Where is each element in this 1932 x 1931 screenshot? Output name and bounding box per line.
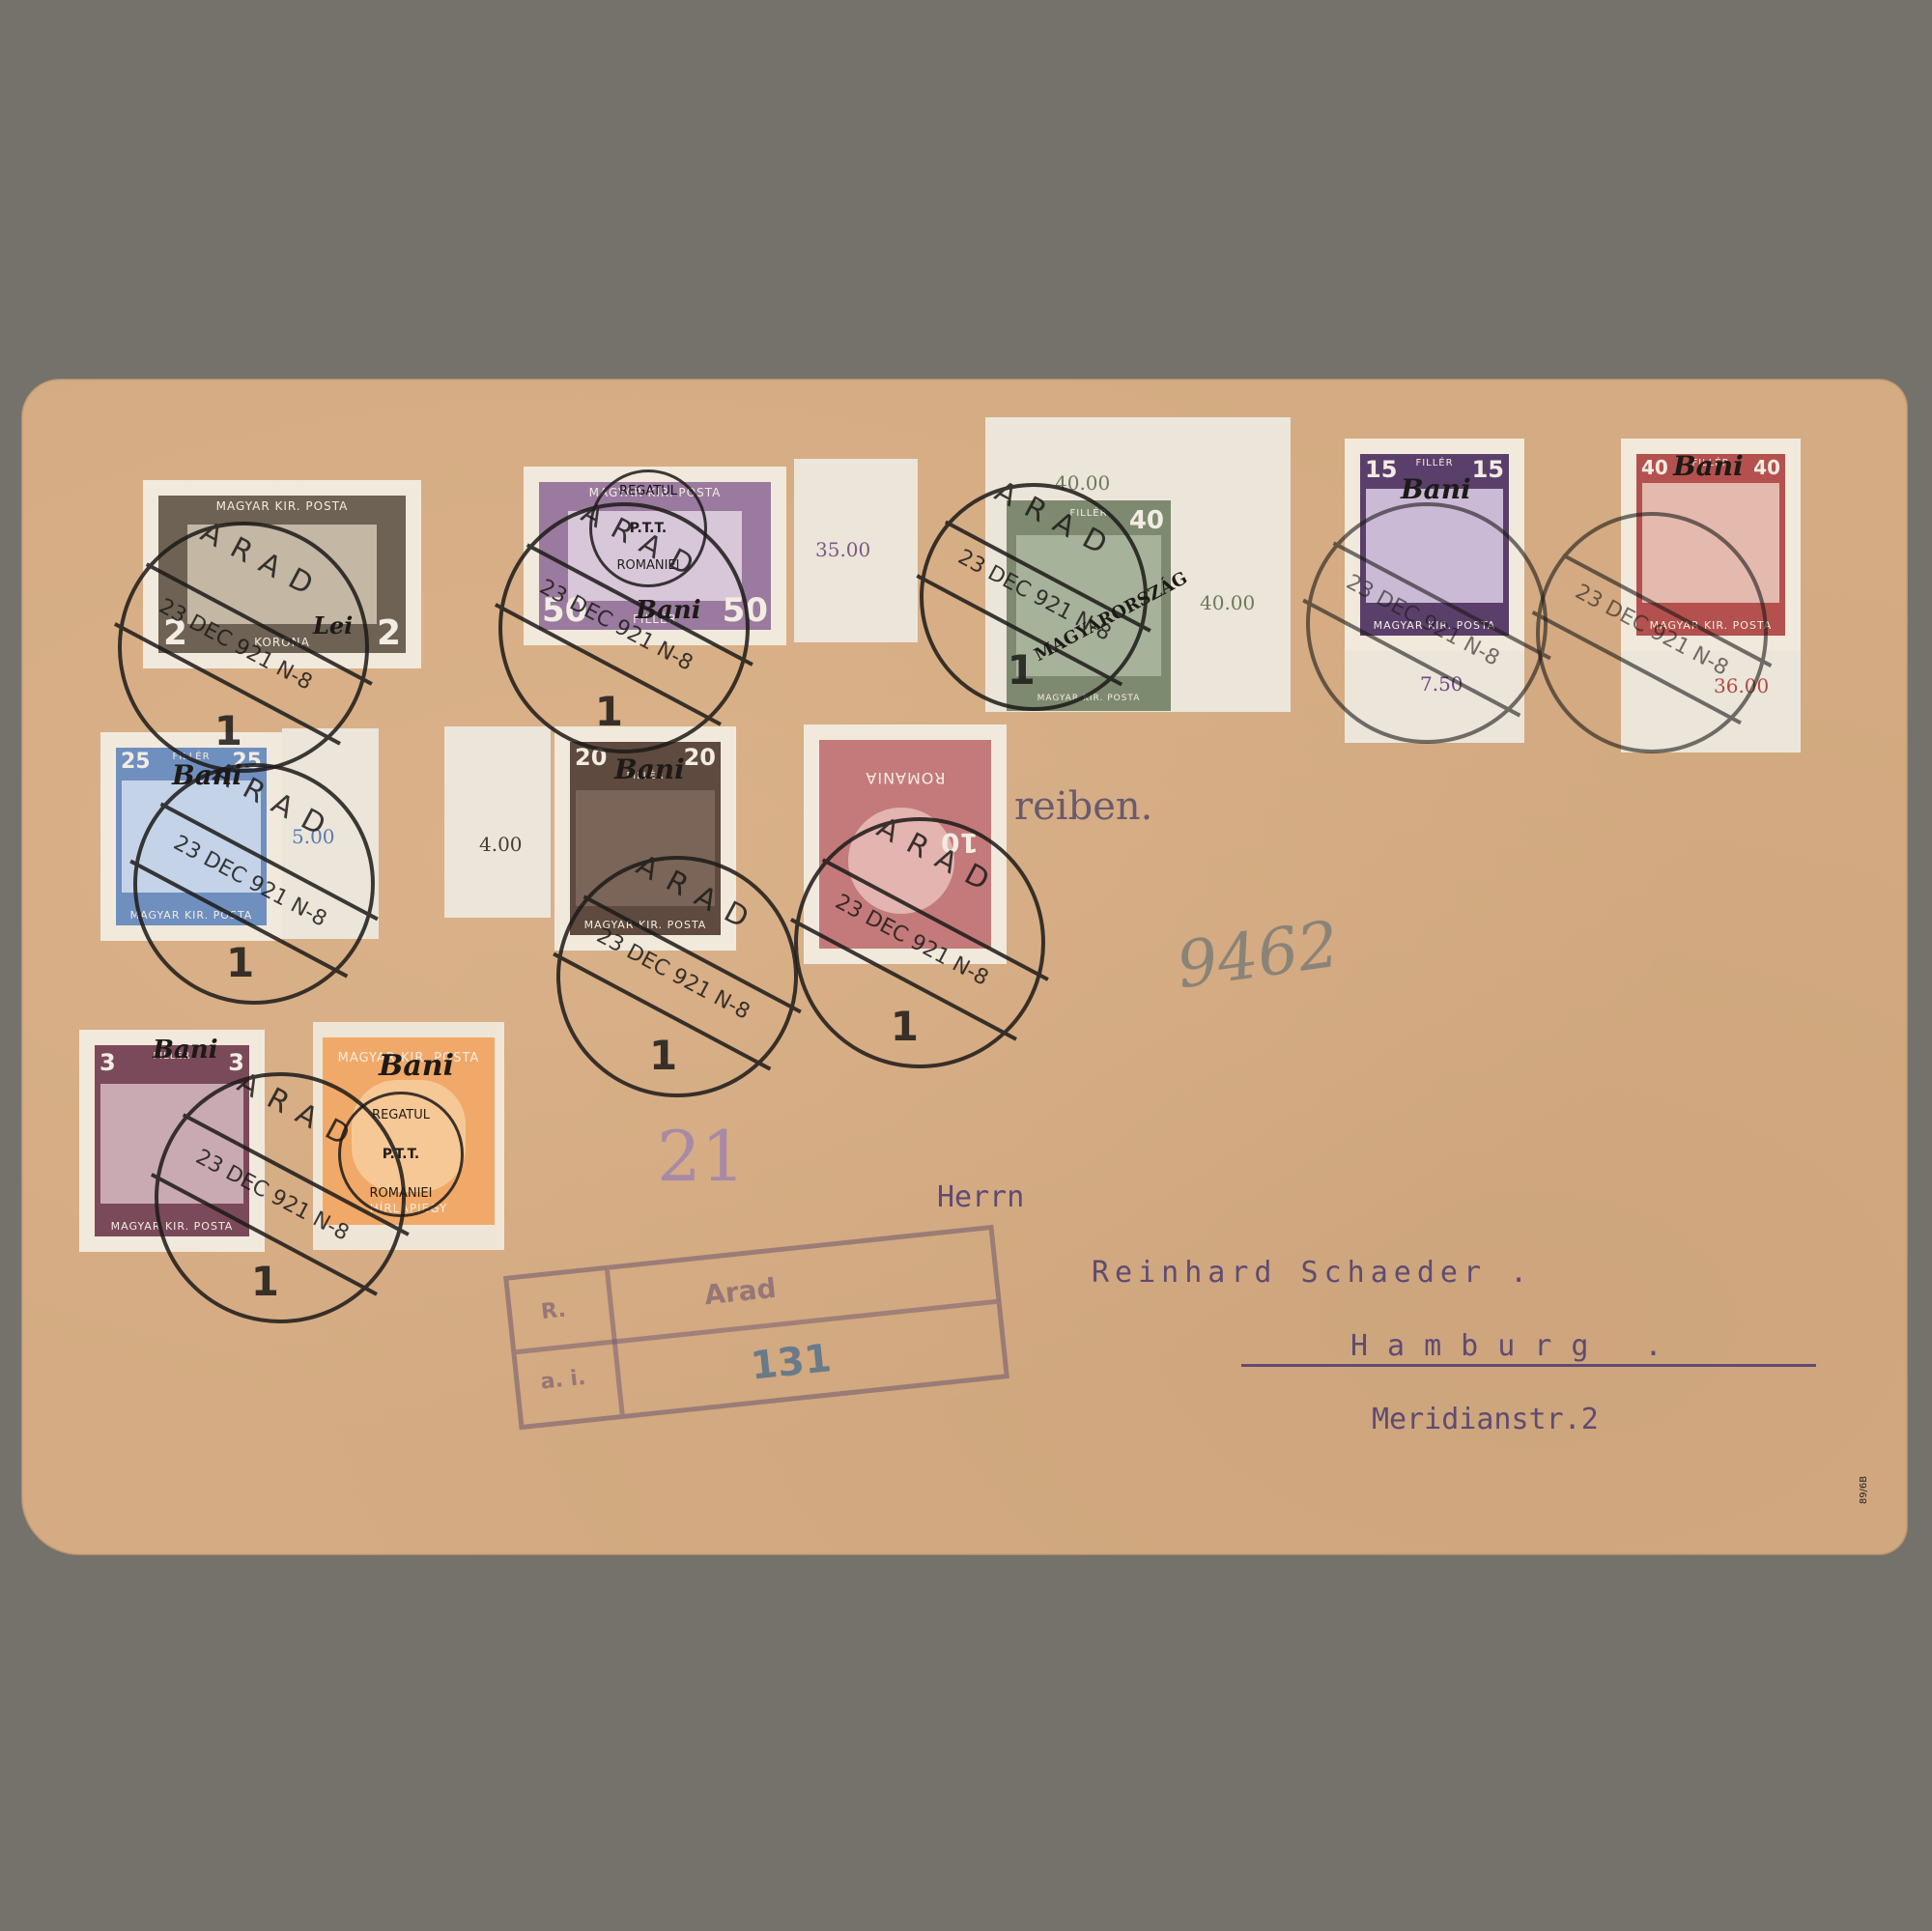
corner-code: 89/6B [1859, 1476, 1869, 1504]
postmark-arad: ARAD 23 DEC 921 N-8 1 [920, 483, 1148, 711]
stamp-value: 15 [1469, 456, 1507, 483]
selvage-value: 35.00 [815, 538, 870, 561]
postmark-arad: ARAD 23 DEC 921 N-8 1 [556, 856, 798, 1097]
stamp-legend-top: MAGYAR KIR. POSTA [158, 499, 406, 513]
eingeschrieben-text: reiben. [1014, 784, 1152, 829]
address-name: Reinhard Schaeder . [1092, 1256, 1533, 1290]
postmark-arad: ARAD 23 DEC 921 N-8 1 [498, 502, 750, 753]
postmark-arad: ARAD 23 DEC 921 N-8 1 [155, 1072, 406, 1323]
selvage-value: 4.00 [479, 833, 523, 856]
sheet-selvage: 35.00 [794, 459, 918, 642]
postmark-arad: ARAD 23 DEC 921 N-8 1 [794, 817, 1045, 1068]
address-underline [1241, 1364, 1816, 1367]
registration-ai: a. i. [539, 1366, 586, 1395]
violet-number: 21 [657, 1116, 746, 1197]
stamp-overprint: Bani [1401, 473, 1471, 505]
stamp-value: 40 [1126, 506, 1167, 535]
registration-number: 131 [749, 1336, 834, 1388]
postmark-arad: ARAD 23 DEC 921 N-8 1 [118, 522, 369, 773]
stamp-legend-top: ROMANIA [819, 769, 991, 787]
address-salutation: Herrn [937, 1180, 1024, 1214]
registration-r: R. [540, 1298, 567, 1325]
stamp-overprint: Bani [153, 1036, 218, 1065]
stamp-value: 3 [97, 1049, 119, 1076]
address-city: Hamburg . [1350, 1329, 1682, 1363]
stamp-value: 2 [374, 613, 404, 653]
sheet-selvage: 4.00 [444, 726, 551, 918]
selvage-value-right: 40.00 [1200, 591, 1255, 614]
address-street: Meridianstr.2 [1372, 1403, 1599, 1436]
stamp-value: 40 [1638, 456, 1671, 479]
postmark-arad: 23 DEC 921 N-8 [1536, 512, 1768, 753]
stamp-value: 25 [118, 750, 154, 774]
seal-text: REGATUL [592, 484, 704, 498]
stamp-overprint: Bani [1673, 450, 1744, 482]
stamp-overprint: Bani [614, 753, 685, 785]
stamp-value: 40 [1750, 456, 1783, 479]
stamp-overprint: Bani [379, 1049, 454, 1083]
registration-town: Arad [703, 1272, 778, 1312]
postmark-arad: 23 DEC 921 N-8 [1306, 502, 1548, 744]
stamp-value: 20 [681, 744, 719, 771]
postmark-arad: ARAD 23 DEC 921 N-8 1 [133, 763, 375, 1005]
stamp-value: 15 [1362, 456, 1400, 483]
